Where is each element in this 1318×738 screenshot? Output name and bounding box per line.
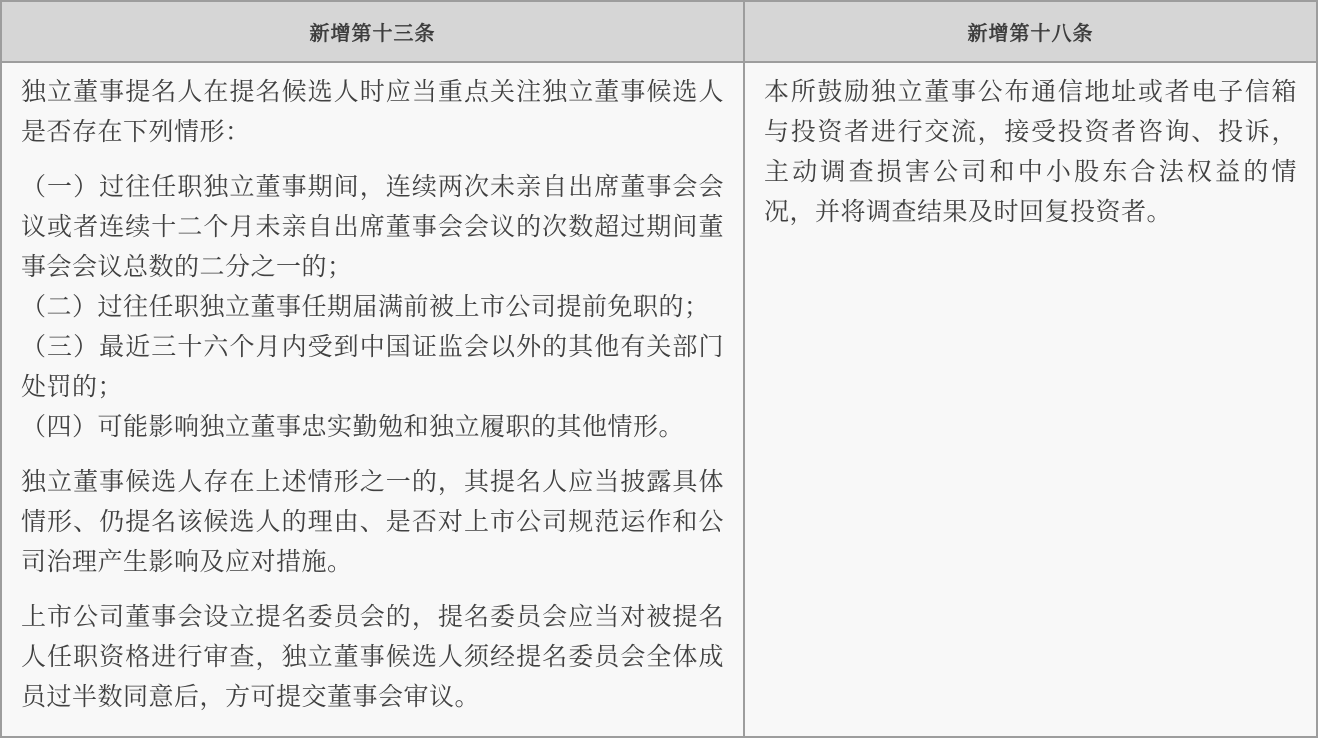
header-cell-article-18: 新增第十八条 bbox=[745, 2, 1316, 61]
article-18-paragraph: 本所鼓励独立董事公布通信地址或者电子信箱与投资者进行交流，接受投资者咨询、投诉，… bbox=[764, 72, 1297, 232]
article-13-disclosure-paragraph: 独立董事候选人存在上述情形之一的，其提名人应当披露具体情形、仍提名该候选人的理由… bbox=[21, 462, 724, 582]
clause-item-4: （四）可能影响独立董事忠实勤勉和独立履职的其他情形。 bbox=[21, 407, 724, 447]
page: 新增第十三条 新增第十八条 独立董事提名人在提名候选人时应当重点关注独立董事候选… bbox=[0, 0, 1318, 738]
clause-item-2: （二）过往任职独立董事任期届满前被上市公司提前免职的； bbox=[21, 287, 724, 327]
article-13-cell: 独立董事提名人在提名候选人时应当重点关注独立董事候选人是否存在下列情形： （一）… bbox=[2, 63, 745, 736]
rule-comparison-table: 新增第十三条 新增第十八条 独立董事提名人在提名候选人时应当重点关注独立董事候选… bbox=[0, 0, 1318, 738]
header-cell-article-13: 新增第十三条 bbox=[2, 2, 745, 61]
clause-item-1: （一）过往任职独立董事期间，连续两次未亲自出席董事会会议或者连续十二个月未亲自出… bbox=[21, 167, 724, 287]
article-13-intro-paragraph: 独立董事提名人在提名候选人时应当重点关注独立董事候选人是否存在下列情形： bbox=[21, 72, 724, 152]
table-body-row: 独立董事提名人在提名候选人时应当重点关注独立董事候选人是否存在下列情形： （一）… bbox=[2, 63, 1316, 736]
table-header-row: 新增第十三条 新增第十八条 bbox=[2, 2, 1316, 63]
article-18-cell: 本所鼓励独立董事公布通信地址或者电子信箱与投资者进行交流，接受投资者咨询、投诉，… bbox=[745, 63, 1316, 736]
article-13-committee-paragraph: 上市公司董事会设立提名委员会的，提名委员会应当对被提名人任职资格进行审查，独立董… bbox=[21, 597, 724, 717]
article-13-clause-list: （一）过往任职独立董事期间，连续两次未亲自出席董事会会议或者连续十二个月未亲自出… bbox=[21, 167, 724, 447]
clause-item-3: （三）最近三十六个月内受到中国证监会以外的其他有关部门处罚的； bbox=[21, 327, 724, 407]
